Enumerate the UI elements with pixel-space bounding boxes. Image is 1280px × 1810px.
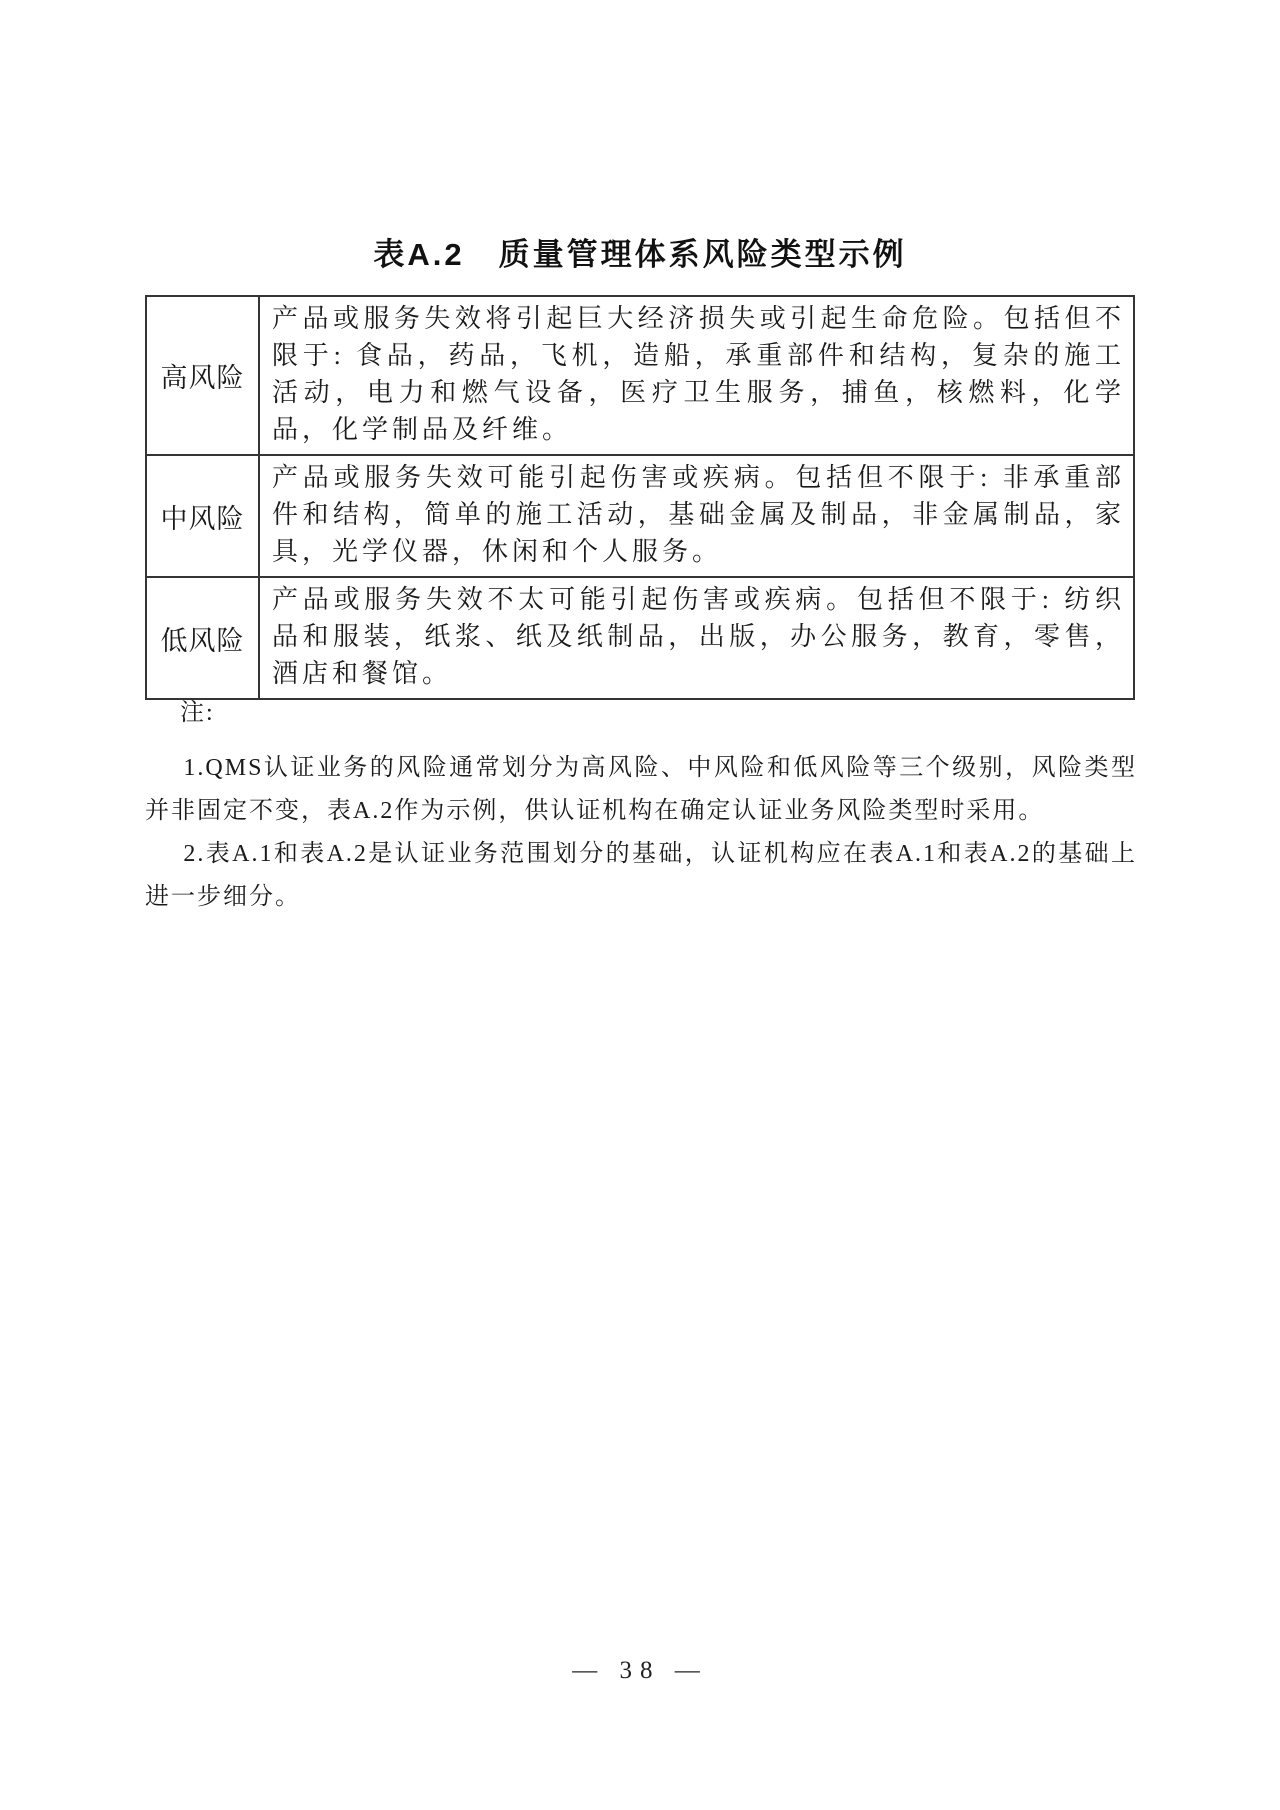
notes-label: 注: (145, 692, 1137, 735)
risk-description-cell: 产品或服务失效将引起巨大经济损失或引起生命危险。包括但不限于: 食品，药品，飞机… (259, 296, 1134, 455)
table-title: 表A.2 质量管理体系风险类型示例 (0, 229, 1280, 274)
table-row: 中风险 产品或服务失效可能引起伤害或疾病。包括但不限于: 非承重部件和结构，简单… (146, 455, 1134, 577)
table-row: 高风险 产品或服务失效将引起巨大经济损失或引起生命危险。包括但不限于: 食品，药… (146, 296, 1134, 455)
note-item-1: 1.QMS认证业务的风险通常划分为高风险、中风险和低风险等三个级别，风险类型并非… (145, 747, 1137, 833)
page-number: — 38 — (0, 1657, 1280, 1685)
risk-level-cell: 高风险 (146, 296, 259, 455)
risk-level-cell: 中风险 (146, 455, 259, 577)
notes-section: 注: 1.QMS认证业务的风险通常划分为高风险、中风险和低风险等三个级别，风险类… (145, 692, 1137, 919)
table-row: 低风险 产品或服务失效不太可能引起伤害或疾病。包括但不限于: 纺织品和服装，纸浆… (146, 577, 1134, 699)
risk-level-cell: 低风险 (146, 577, 259, 699)
risk-type-table: 高风险 产品或服务失效将引起巨大经济损失或引起生命危险。包括但不限于: 食品，药… (145, 295, 1135, 700)
note-item-2: 2.表A.1和表A.2是认证业务范围划分的基础，认证机构应在表A.1和表A.2的… (145, 833, 1137, 919)
document-page: 表A.2 质量管理体系风险类型示例 高风险 产品或服务失效将引起巨大经济损失或引… (0, 0, 1280, 1810)
risk-description-cell: 产品或服务失效不太可能引起伤害或疾病。包括但不限于: 纺织品和服装，纸浆、纸及纸… (259, 577, 1134, 699)
risk-description-cell: 产品或服务失效可能引起伤害或疾病。包括但不限于: 非承重部件和结构，简单的施工活… (259, 455, 1134, 577)
